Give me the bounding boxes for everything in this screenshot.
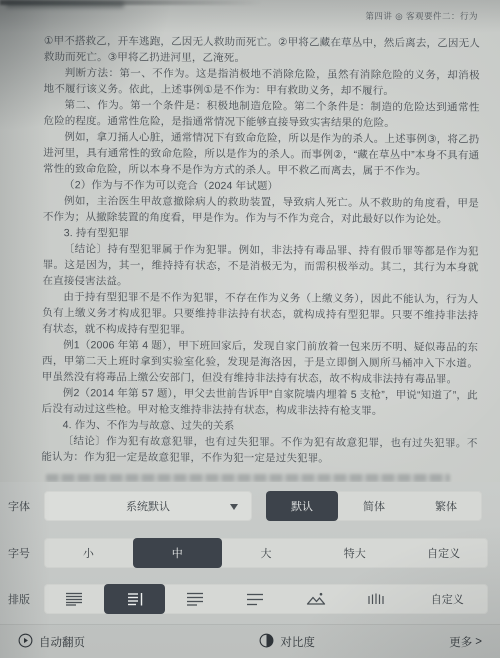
font-size-large-button[interactable]: 大 [222, 538, 311, 568]
line-spacing-compact-icon [63, 591, 85, 607]
chapter-title: 第四讲 ◎ 客观要件二：行为 [365, 10, 478, 22]
body-paragraph: 例如，拿刀捅人心脏，通常情况下有致命危险，所以是作为的杀人。上述事例③，将乙扔进… [43, 129, 479, 180]
bottom-toolbar: 自动翻页 对比度 更多 > [0, 624, 500, 658]
body-paragraph: 例2（2014 年第 57 题），甲父去世前告诉甲“自家院墙内埋着 5 支枪”，… [42, 385, 478, 420]
font-size-row-label: 字号 [8, 545, 44, 561]
chevron-right-icon: > [475, 636, 482, 648]
font-family-dropdown[interactable]: 系统默认 [44, 491, 252, 521]
line-spacing-standard-icon [124, 591, 146, 607]
body-paragraph: 〔结论〕持有型犯罪属于作为犯罪。例如，非法持有毒品罪、持有假币罪等都是作为犯罪。… [42, 241, 478, 292]
clipped-text-line [46, 474, 450, 482]
font-size-row: 字号 小 中 大 特大 自定义 [8, 537, 488, 569]
vertical-text-icon [365, 591, 387, 607]
reading-settings-panel: 字体 系统默认 默认 简体 繁体 字号 小 中 大 特大 自定义 [0, 482, 500, 658]
contrast-label: 对比度 [280, 634, 315, 650]
auto-page-turn-button[interactable]: 自动翻页 [18, 633, 85, 651]
contrast-button[interactable]: 对比度 [259, 633, 315, 651]
font-default-button[interactable]: 默认 [266, 491, 338, 521]
font-simplified-button[interactable]: 简体 [338, 491, 410, 521]
contrast-icon [259, 633, 274, 651]
more-button[interactable]: 更多 > [449, 634, 482, 650]
body-paragraph: 判断方法：第一、不作为。这是指消极地不消除危险，虽然有消除危险的义务，却消极地不… [44, 65, 480, 100]
body-paragraph: 例如，主治医生甲故意撤除病人的救助装置，导致病人死亡。从不救助的角度看，甲是不作… [43, 193, 479, 228]
layout-medium-button[interactable] [165, 584, 225, 614]
layout-standard-button[interactable] [104, 584, 164, 614]
font-style-segmented: 默认 简体 繁体 [266, 491, 482, 521]
font-row: 字体 系统默认 默认 简体 繁体 [8, 490, 488, 522]
font-size-small-button[interactable]: 小 [44, 538, 133, 568]
reading-area[interactable]: ①甲不搭救乙，开车逃跑，乙因无人救助而死亡。②甲将乙藏在草丛中，然后离去，乙因无… [41, 33, 480, 486]
layout-vertical-button[interactable] [346, 584, 406, 614]
line-spacing-medium-icon [184, 591, 206, 607]
body-paragraph: 例1（2006 年第 4 题），甲下班回家后，发现自家门前放着一包来历不明、疑似… [42, 337, 478, 388]
photo-artifact-header-smudge [6, 1, 124, 8]
body-paragraph: ①甲不搭救乙，开车逃跑，乙因无人救助而死亡。②甲将乙藏在草丛中，然后离去，乙因无… [44, 33, 480, 68]
reader-app: 第四讲 ◎ 客观要件二：行为 ①甲不搭救乙，开车逃跑，乙因无人救助而死亡。②甲将… [0, 0, 500, 658]
font-size-medium-button[interactable]: 中 [133, 538, 222, 568]
layout-custom-button[interactable]: 自定义 [406, 584, 488, 614]
chevron-down-icon [230, 504, 238, 510]
body-paragraph: 由于持有型犯罪不是不作为犯罪，不存在作为义务（上缴义务），因此不能认为，行为人负… [42, 289, 478, 340]
body-paragraph: 〔结论〕作为犯有故意犯罪，也有过失犯罪。不作为犯有故意犯罪，也有过失犯罪。不能认… [41, 433, 477, 468]
layout-original-button[interactable] [286, 584, 346, 614]
layout-loose-button[interactable] [225, 584, 285, 614]
layout-row: 排版 [8, 583, 488, 615]
layout-compact-button[interactable] [44, 584, 104, 614]
font-size-custom-button[interactable]: 自定义 [399, 538, 488, 568]
body-paragraph: 第二、作为。第一个条件是：积极地制造危险。第二个条件是：制造的危险达到通常性危险… [43, 97, 479, 132]
layout-segmented: 自定义 [44, 584, 488, 614]
font-size-xlarge-button[interactable]: 特大 [310, 538, 399, 568]
original-image-icon [305, 591, 327, 607]
font-traditional-button[interactable]: 繁体 [410, 491, 482, 521]
font-family-value: 系统默认 [126, 498, 170, 514]
font-size-segmented: 小 中 大 特大 自定义 [44, 538, 488, 568]
auto-page-turn-label: 自动翻页 [39, 634, 85, 650]
layout-row-label: 排版 [8, 591, 44, 607]
more-label: 更多 [449, 634, 472, 650]
line-spacing-loose-icon [244, 591, 266, 607]
font-row-label: 字体 [8, 498, 44, 514]
play-circle-icon [18, 633, 33, 651]
